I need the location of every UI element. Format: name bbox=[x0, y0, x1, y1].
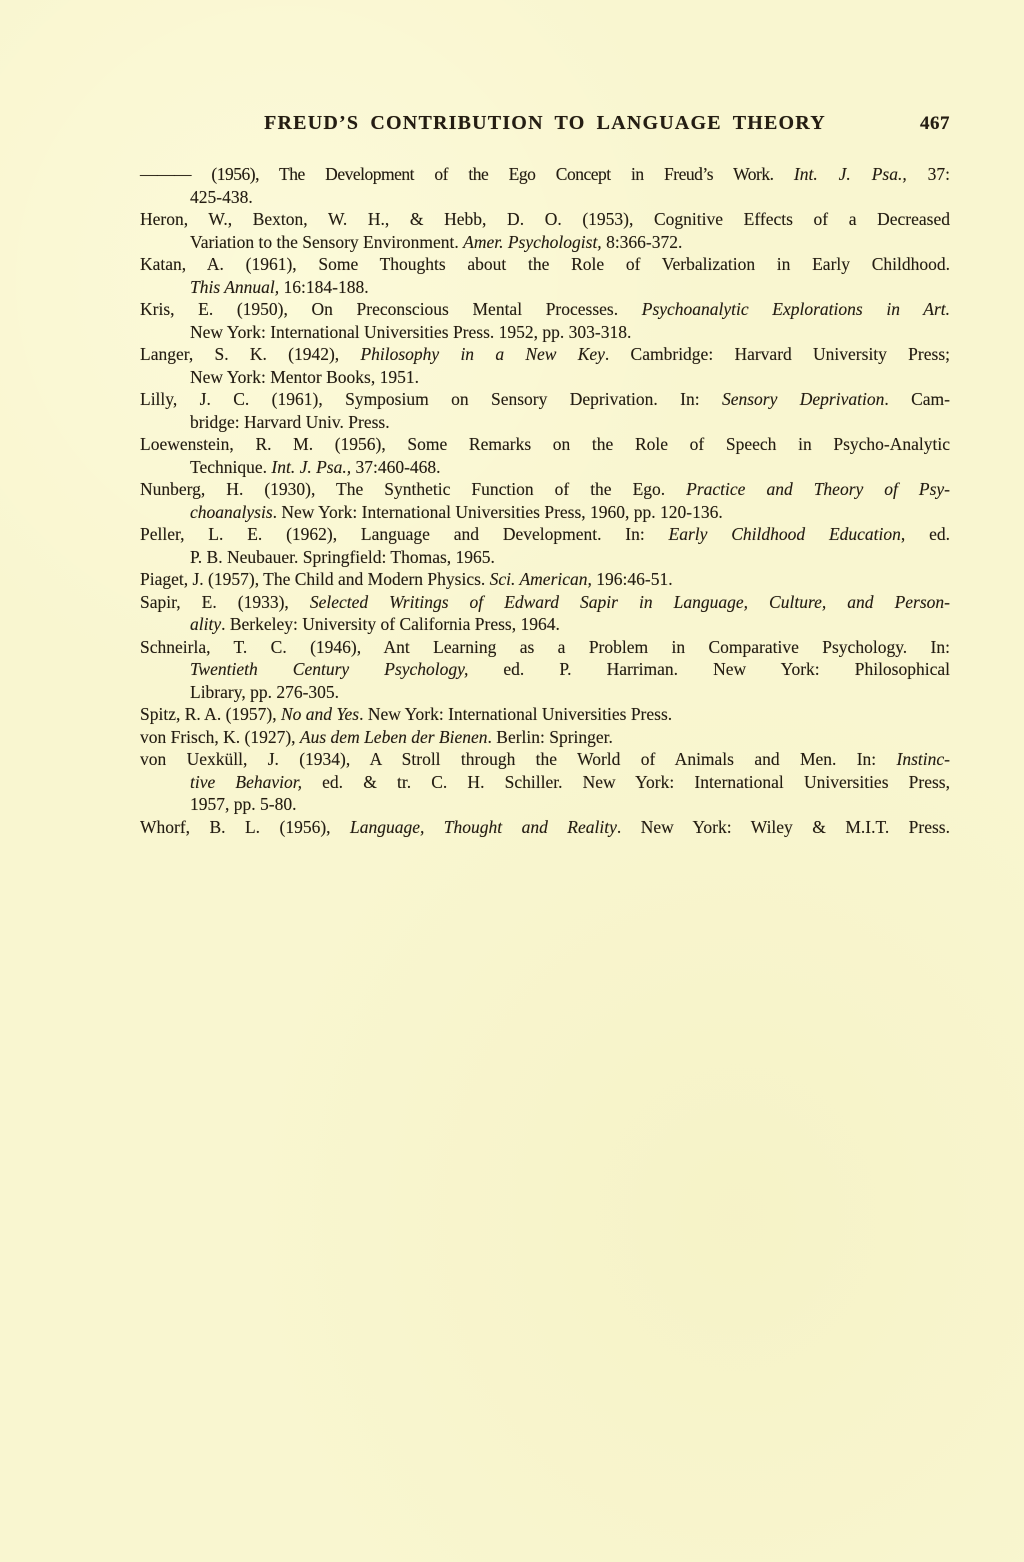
reference-entry: Piaget, J. (1957), The Child and Modern … bbox=[140, 568, 950, 591]
reference-line: 425-438. bbox=[140, 186, 950, 209]
reference-line: Variation to the Sensory Environment. Am… bbox=[140, 231, 950, 254]
reference-line: Schneirla, T. C. (1946), Ant Learning as… bbox=[140, 636, 950, 659]
reference-line: Heron, W., Bexton, W. H., & Hebb, D. O. … bbox=[140, 208, 950, 231]
reference-entry: Whorf, B. L. (1956), Language, Thought a… bbox=[140, 816, 950, 839]
reference-line: Loewenstein, R. M. (1956), Some Remarks … bbox=[140, 433, 950, 456]
reference-entry: Lilly, J. C. (1961), Symposium on Sensor… bbox=[140, 388, 950, 433]
reference-entry: ——— (1956), The Development of the Ego C… bbox=[140, 163, 950, 208]
reference-line: Whorf, B. L. (1956), Language, Thought a… bbox=[140, 816, 950, 839]
reference-entry: Katan, A. (1961), Some Thoughts about th… bbox=[140, 253, 950, 298]
reference-entry: Kris, E. (1950), On Preconscious Mental … bbox=[140, 298, 950, 343]
reference-line: Library, pp. 276-305. bbox=[140, 681, 950, 704]
reference-line: Spitz, R. A. (1957), No and Yes. New Yor… bbox=[140, 703, 950, 726]
reference-line: Nunberg, H. (1930), The Synthetic Functi… bbox=[140, 478, 950, 501]
reference-line: Technique. Int. J. Psa., 37:460-468. bbox=[140, 456, 950, 479]
reference-entry: Sapir, E. (1933), Selected Writings of E… bbox=[140, 591, 950, 636]
reference-entry: Peller, L. E. (1962), Language and Devel… bbox=[140, 523, 950, 568]
reference-line: P. B. Neubauer. Springfield: Thomas, 196… bbox=[140, 546, 950, 569]
reference-line: bridge: Harvard Univ. Press. bbox=[140, 411, 950, 434]
reference-entry: Schneirla, T. C. (1946), Ant Learning as… bbox=[140, 636, 950, 704]
reference-line: Langer, S. K. (1942), Philosophy in a Ne… bbox=[140, 343, 950, 366]
reference-line: tive Behavior, ed. & tr. C. H. Schiller.… bbox=[140, 771, 950, 794]
reference-line: New York: Mentor Books, 1951. bbox=[140, 366, 950, 389]
reference-entry: Langer, S. K. (1942), Philosophy in a Ne… bbox=[140, 343, 950, 388]
reference-entry: Spitz, R. A. (1957), No and Yes. New Yor… bbox=[140, 703, 950, 726]
reference-list: ——— (1956), The Development of the Ego C… bbox=[140, 163, 950, 838]
text-column: FREUD’S CONTRIBUTION TO LANGUAGE THEORY … bbox=[140, 112, 950, 838]
reference-line: 1957, pp. 5-80. bbox=[140, 793, 950, 816]
reference-line: Kris, E. (1950), On Preconscious Mental … bbox=[140, 298, 950, 321]
reference-line: Katan, A. (1961), Some Thoughts about th… bbox=[140, 253, 950, 276]
reference-entry: Loewenstein, R. M. (1956), Some Remarks … bbox=[140, 433, 950, 478]
reference-line: Twentieth Century Psychology, ed. P. Har… bbox=[140, 658, 950, 681]
reference-entry: von Frisch, K. (1927), Aus dem Leben der… bbox=[140, 726, 950, 749]
page-title: FREUD’S CONTRIBUTION TO LANGUAGE THEORY bbox=[140, 112, 950, 135]
reference-line: Sapir, E. (1933), Selected Writings of E… bbox=[140, 591, 950, 614]
reference-line: Lilly, J. C. (1961), Symposium on Sensor… bbox=[140, 388, 950, 411]
page-number: 467 bbox=[920, 113, 950, 135]
reference-entry: Heron, W., Bexton, W. H., & Hebb, D. O. … bbox=[140, 208, 950, 253]
running-header: FREUD’S CONTRIBUTION TO LANGUAGE THEORY … bbox=[140, 112, 950, 138]
reference-line: ality. Berkeley: University of Californi… bbox=[140, 613, 950, 636]
reference-entry: von Uexküll, J. (1934), A Stroll through… bbox=[140, 748, 950, 816]
scanned-book-page: FREUD’S CONTRIBUTION TO LANGUAGE THEORY … bbox=[0, 0, 1024, 1562]
reference-line: New York: International Universities Pre… bbox=[140, 321, 950, 344]
reference-line: choanalysis. New York: International Uni… bbox=[140, 501, 950, 524]
reference-line: Peller, L. E. (1962), Language and Devel… bbox=[140, 523, 950, 546]
reference-line: von Frisch, K. (1927), Aus dem Leben der… bbox=[140, 726, 950, 749]
reference-line: ——— (1956), The Development of the Ego C… bbox=[140, 163, 950, 186]
reference-entry: Nunberg, H. (1930), The Synthetic Functi… bbox=[140, 478, 950, 523]
reference-line: Piaget, J. (1957), The Child and Modern … bbox=[140, 568, 950, 591]
reference-line: von Uexküll, J. (1934), A Stroll through… bbox=[140, 748, 950, 771]
reference-line: This Annual, 16:184-188. bbox=[140, 276, 950, 299]
